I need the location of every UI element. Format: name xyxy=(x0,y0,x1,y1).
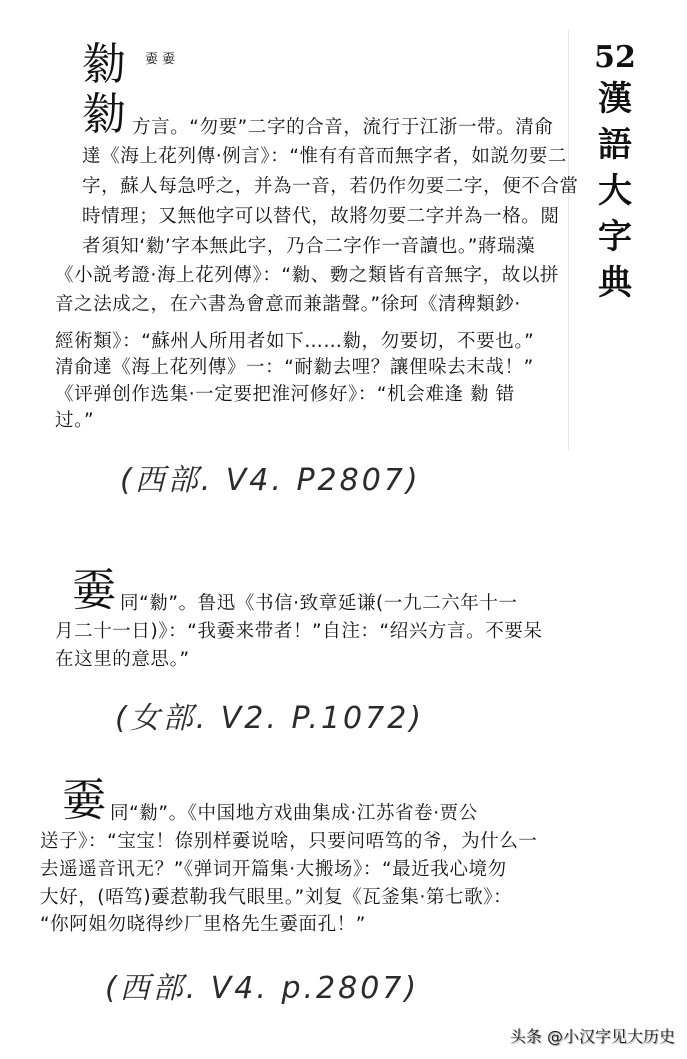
definition-line: 時情理；又無他字可以替代，故將勿要二字并為一格。閲 xyxy=(82,205,560,229)
definition-line: 同“勬”。鲁迅《书信·致章延谦(一九二六年十一 xyxy=(120,592,518,616)
definition-line: 達《海上花列傳·例言》：“惟有有音而無字者，如説勿要二 xyxy=(82,145,567,169)
definition-line: 者須知‘勬’字本無此字，乃合二字作一音讀也。”蔣瑞藻 xyxy=(82,235,535,259)
definition-line: “你阿姐勿晓得纱厂里格先生嫑面孔！” xyxy=(40,913,366,937)
title-char: 語 xyxy=(590,122,640,168)
headword: 嫑 xyxy=(72,568,116,614)
definition-line: 去遥遥音讯无？”《弹词开篇集·大搬场》：“最近我心境勿 xyxy=(40,858,507,882)
headword: 勬 xyxy=(82,92,126,138)
side-header: 52 漢 語 大 字 典 xyxy=(590,40,640,306)
title-char: 字 xyxy=(590,214,640,260)
variant-forms: 嫑 嫑 xyxy=(145,48,175,67)
definition-line: 同“勬”。《中国地方戏曲集成·江苏省卷·贾公 xyxy=(110,802,478,826)
definition-line: 音之法成之，在六書為會意而兼諧聲。”徐珂《清稗類鈔· xyxy=(55,293,521,317)
watermark: 头条 @小汉字见大历史 xyxy=(510,1024,675,1047)
definition-line: 过。” xyxy=(55,409,94,433)
definition-line: 月二十一日)》：“我嫑来带者！”自注：“绍兴方言。不要呆 xyxy=(55,620,543,644)
page-edge-line xyxy=(568,30,569,450)
definition-line: 送子》：“宝宝！倷别样嫑说啥，只要问唔笃的爷，为什么一 xyxy=(40,830,538,854)
handwritten-note: (女部. V2. P.1072) xyxy=(115,693,424,737)
headword-traditional: 勬 xyxy=(82,42,126,88)
definition-line: 《小説考證·海上花列傳》：“勬、覅之類皆有音無字，故以拼 xyxy=(55,264,559,288)
definition-line: 經術類》：“蘇州人所用者如下……勬，勿要切，不要也。” xyxy=(55,330,534,354)
title-char: 大 xyxy=(590,168,640,214)
definition-line: 方言。“勿要”二字的合音，流行于江浙一带。清俞 xyxy=(132,116,553,140)
title-char: 漢 xyxy=(590,76,640,122)
definition-line: 字，蘇人每急呼之，并為一音，若仍作勿要二字，便不合當 xyxy=(82,175,579,199)
headword: 嫑 xyxy=(62,778,106,824)
page-number: 52 xyxy=(590,40,640,76)
handwritten-note: (西部. V4. P2807) xyxy=(120,455,421,499)
definition-line: 大好，(唔笃)嫑惹勒我气眼里。”刘复《瓦釜集·第七歌》： xyxy=(40,886,512,910)
title-char: 典 xyxy=(590,260,640,306)
definition-line: 在这里的意思。” xyxy=(55,648,190,672)
definition-line: 清俞達《海上花列傳》一：“耐勬去哩？讓俚哚去末哉！” xyxy=(55,356,534,380)
definition-line: 《评弹创作选集·一定要把淮河修好》：“机会难逢 勬 错 xyxy=(55,383,515,407)
handwritten-note: (西部. V4. p.2807) xyxy=(105,963,419,1007)
